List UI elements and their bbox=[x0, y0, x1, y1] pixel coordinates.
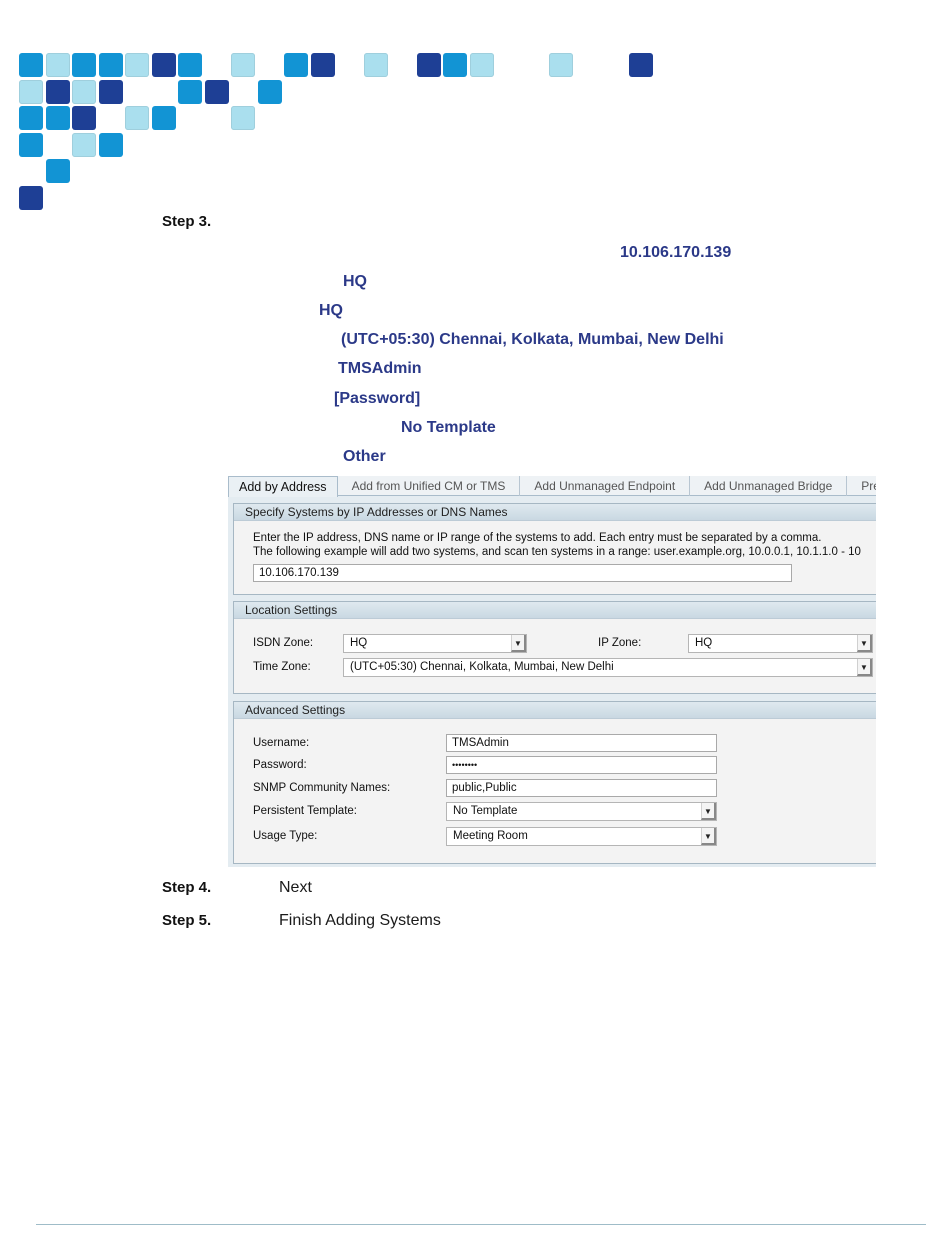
ip-zone-value: HQ bbox=[695, 637, 712, 649]
decorative-tile bbox=[46, 106, 70, 130]
step-3-label: Step 3. bbox=[162, 213, 211, 230]
chevron-down-icon[interactable]: ▼ bbox=[701, 828, 716, 845]
password-label: Password: bbox=[253, 759, 307, 771]
decorative-tile bbox=[258, 80, 282, 104]
chevron-down-icon[interactable]: ▼ bbox=[511, 635, 526, 652]
persistent-template-select[interactable]: No Template ▼ bbox=[446, 802, 717, 821]
decorative-tile bbox=[46, 80, 70, 104]
snmp-community-input[interactable]: public,Public bbox=[446, 779, 717, 797]
tab-add-by-address[interactable]: Add by Address bbox=[228, 476, 338, 497]
decorative-tile bbox=[72, 53, 96, 77]
tab-bar: Add by Address Add from Unified CM or TM… bbox=[228, 476, 876, 496]
advanced-settings-header: Advanced Settings bbox=[234, 702, 876, 719]
instruction-line-2: The following example will add two syste… bbox=[253, 546, 861, 558]
decorative-tile bbox=[311, 53, 335, 77]
usage-type-select[interactable]: Meeting Room ▼ bbox=[446, 827, 717, 846]
decorative-tile bbox=[46, 53, 70, 77]
highlight-ip-address: 10.106.170.139 bbox=[620, 244, 731, 262]
decorative-tile bbox=[205, 80, 229, 104]
decorative-tile bbox=[152, 106, 176, 130]
footer-divider bbox=[36, 1224, 926, 1225]
decorative-tile bbox=[629, 53, 653, 77]
add-systems-screenshot: Add by Address Add from Unified CM or TM… bbox=[228, 476, 876, 867]
address-input[interactable]: 10.106.170.139 bbox=[253, 564, 792, 582]
decorative-tile bbox=[284, 53, 308, 77]
highlight-usage-type: Other bbox=[343, 448, 386, 466]
username-label: Username: bbox=[253, 737, 309, 749]
usage-type-value: Meeting Room bbox=[453, 830, 528, 842]
time-zone-select[interactable]: (UTC+05:30) Chennai, Kolkata, Mumbai, Ne… bbox=[343, 658, 873, 677]
isdn-zone-label: ISDN Zone: bbox=[253, 637, 313, 649]
decorative-tile bbox=[99, 53, 123, 77]
decorative-tile bbox=[46, 159, 70, 183]
decorative-tile bbox=[19, 53, 43, 77]
tab-add-from-unified-cm[interactable]: Add from Unified CM or TMS bbox=[338, 476, 521, 496]
highlight-username: TMSAdmin bbox=[338, 360, 422, 378]
decorative-tile bbox=[19, 133, 43, 157]
decorative-tile bbox=[364, 53, 388, 77]
decorative-tile bbox=[549, 53, 573, 77]
decorative-tile bbox=[19, 80, 43, 104]
decorative-tile bbox=[99, 133, 123, 157]
tab-add-unmanaged-endpoint[interactable]: Add Unmanaged Endpoint bbox=[520, 476, 690, 496]
persistent-template-label: Persistent Template: bbox=[253, 805, 357, 817]
time-zone-label: Time Zone: bbox=[253, 661, 311, 673]
decorative-tile bbox=[417, 53, 441, 77]
advanced-settings-section: Advanced Settings Username: TMSAdmin Pas… bbox=[233, 701, 876, 864]
decorative-tile bbox=[125, 53, 149, 77]
tab-pre-register[interactable]: Pre-r bbox=[847, 476, 876, 496]
step-5-label: Step 5. bbox=[162, 912, 211, 929]
instruction-line-1: Enter the IP address, DNS name or IP ran… bbox=[253, 532, 821, 544]
isdn-zone-value: HQ bbox=[350, 637, 367, 649]
decorative-tile bbox=[231, 53, 255, 77]
specify-systems-section: Specify Systems by IP Addresses or DNS N… bbox=[233, 503, 876, 595]
isdn-zone-select[interactable]: HQ ▼ bbox=[343, 634, 527, 653]
decorative-tile bbox=[125, 106, 149, 130]
decorative-tile bbox=[443, 53, 467, 77]
decorative-tile-mosaic bbox=[0, 0, 700, 215]
ip-zone-select[interactable]: HQ ▼ bbox=[688, 634, 873, 653]
usage-type-label: Usage Type: bbox=[253, 830, 317, 842]
decorative-tile bbox=[72, 133, 96, 157]
highlight-time-zone: (UTC+05:30) Chennai, Kolkata, Mumbai, Ne… bbox=[341, 331, 724, 349]
step-4-label: Step 4. bbox=[162, 879, 211, 896]
decorative-tile bbox=[178, 53, 202, 77]
decorative-tile bbox=[152, 53, 176, 77]
decorative-tile bbox=[19, 186, 43, 210]
location-settings-section: Location Settings ISDN Zone: HQ ▼ IP Zon… bbox=[233, 601, 876, 694]
chevron-down-icon[interactable]: ▼ bbox=[701, 803, 716, 820]
decorative-tile bbox=[72, 80, 96, 104]
snmp-community-label: SNMP Community Names: bbox=[253, 782, 390, 794]
decorative-tile bbox=[72, 106, 96, 130]
decorative-tile bbox=[178, 80, 202, 104]
step-5-text: Finish Adding Systems bbox=[279, 912, 441, 930]
highlight-persistent-template: No Template bbox=[401, 419, 496, 437]
location-settings-header: Location Settings bbox=[234, 602, 876, 619]
chevron-down-icon[interactable]: ▼ bbox=[857, 635, 872, 652]
specify-systems-header: Specify Systems by IP Addresses or DNS N… bbox=[234, 504, 876, 521]
persistent-template-value: No Template bbox=[453, 805, 517, 817]
decorative-tile bbox=[19, 106, 43, 130]
highlight-isdn-zone: HQ bbox=[343, 273, 367, 291]
decorative-tile bbox=[231, 106, 255, 130]
username-input[interactable]: TMSAdmin bbox=[446, 734, 717, 752]
password-input[interactable]: •••••••• bbox=[446, 756, 717, 774]
ip-zone-label: IP Zone: bbox=[598, 637, 641, 649]
time-zone-value: (UTC+05:30) Chennai, Kolkata, Mumbai, Ne… bbox=[350, 661, 614, 673]
tab-add-unmanaged-bridge[interactable]: Add Unmanaged Bridge bbox=[690, 476, 847, 496]
highlight-ip-zone: HQ bbox=[319, 302, 343, 320]
chevron-down-icon[interactable]: ▼ bbox=[857, 659, 872, 676]
decorative-tile bbox=[99, 80, 123, 104]
step-4-text: Next bbox=[279, 879, 312, 897]
decorative-tile bbox=[470, 53, 494, 77]
highlight-password: [Password] bbox=[334, 390, 420, 408]
